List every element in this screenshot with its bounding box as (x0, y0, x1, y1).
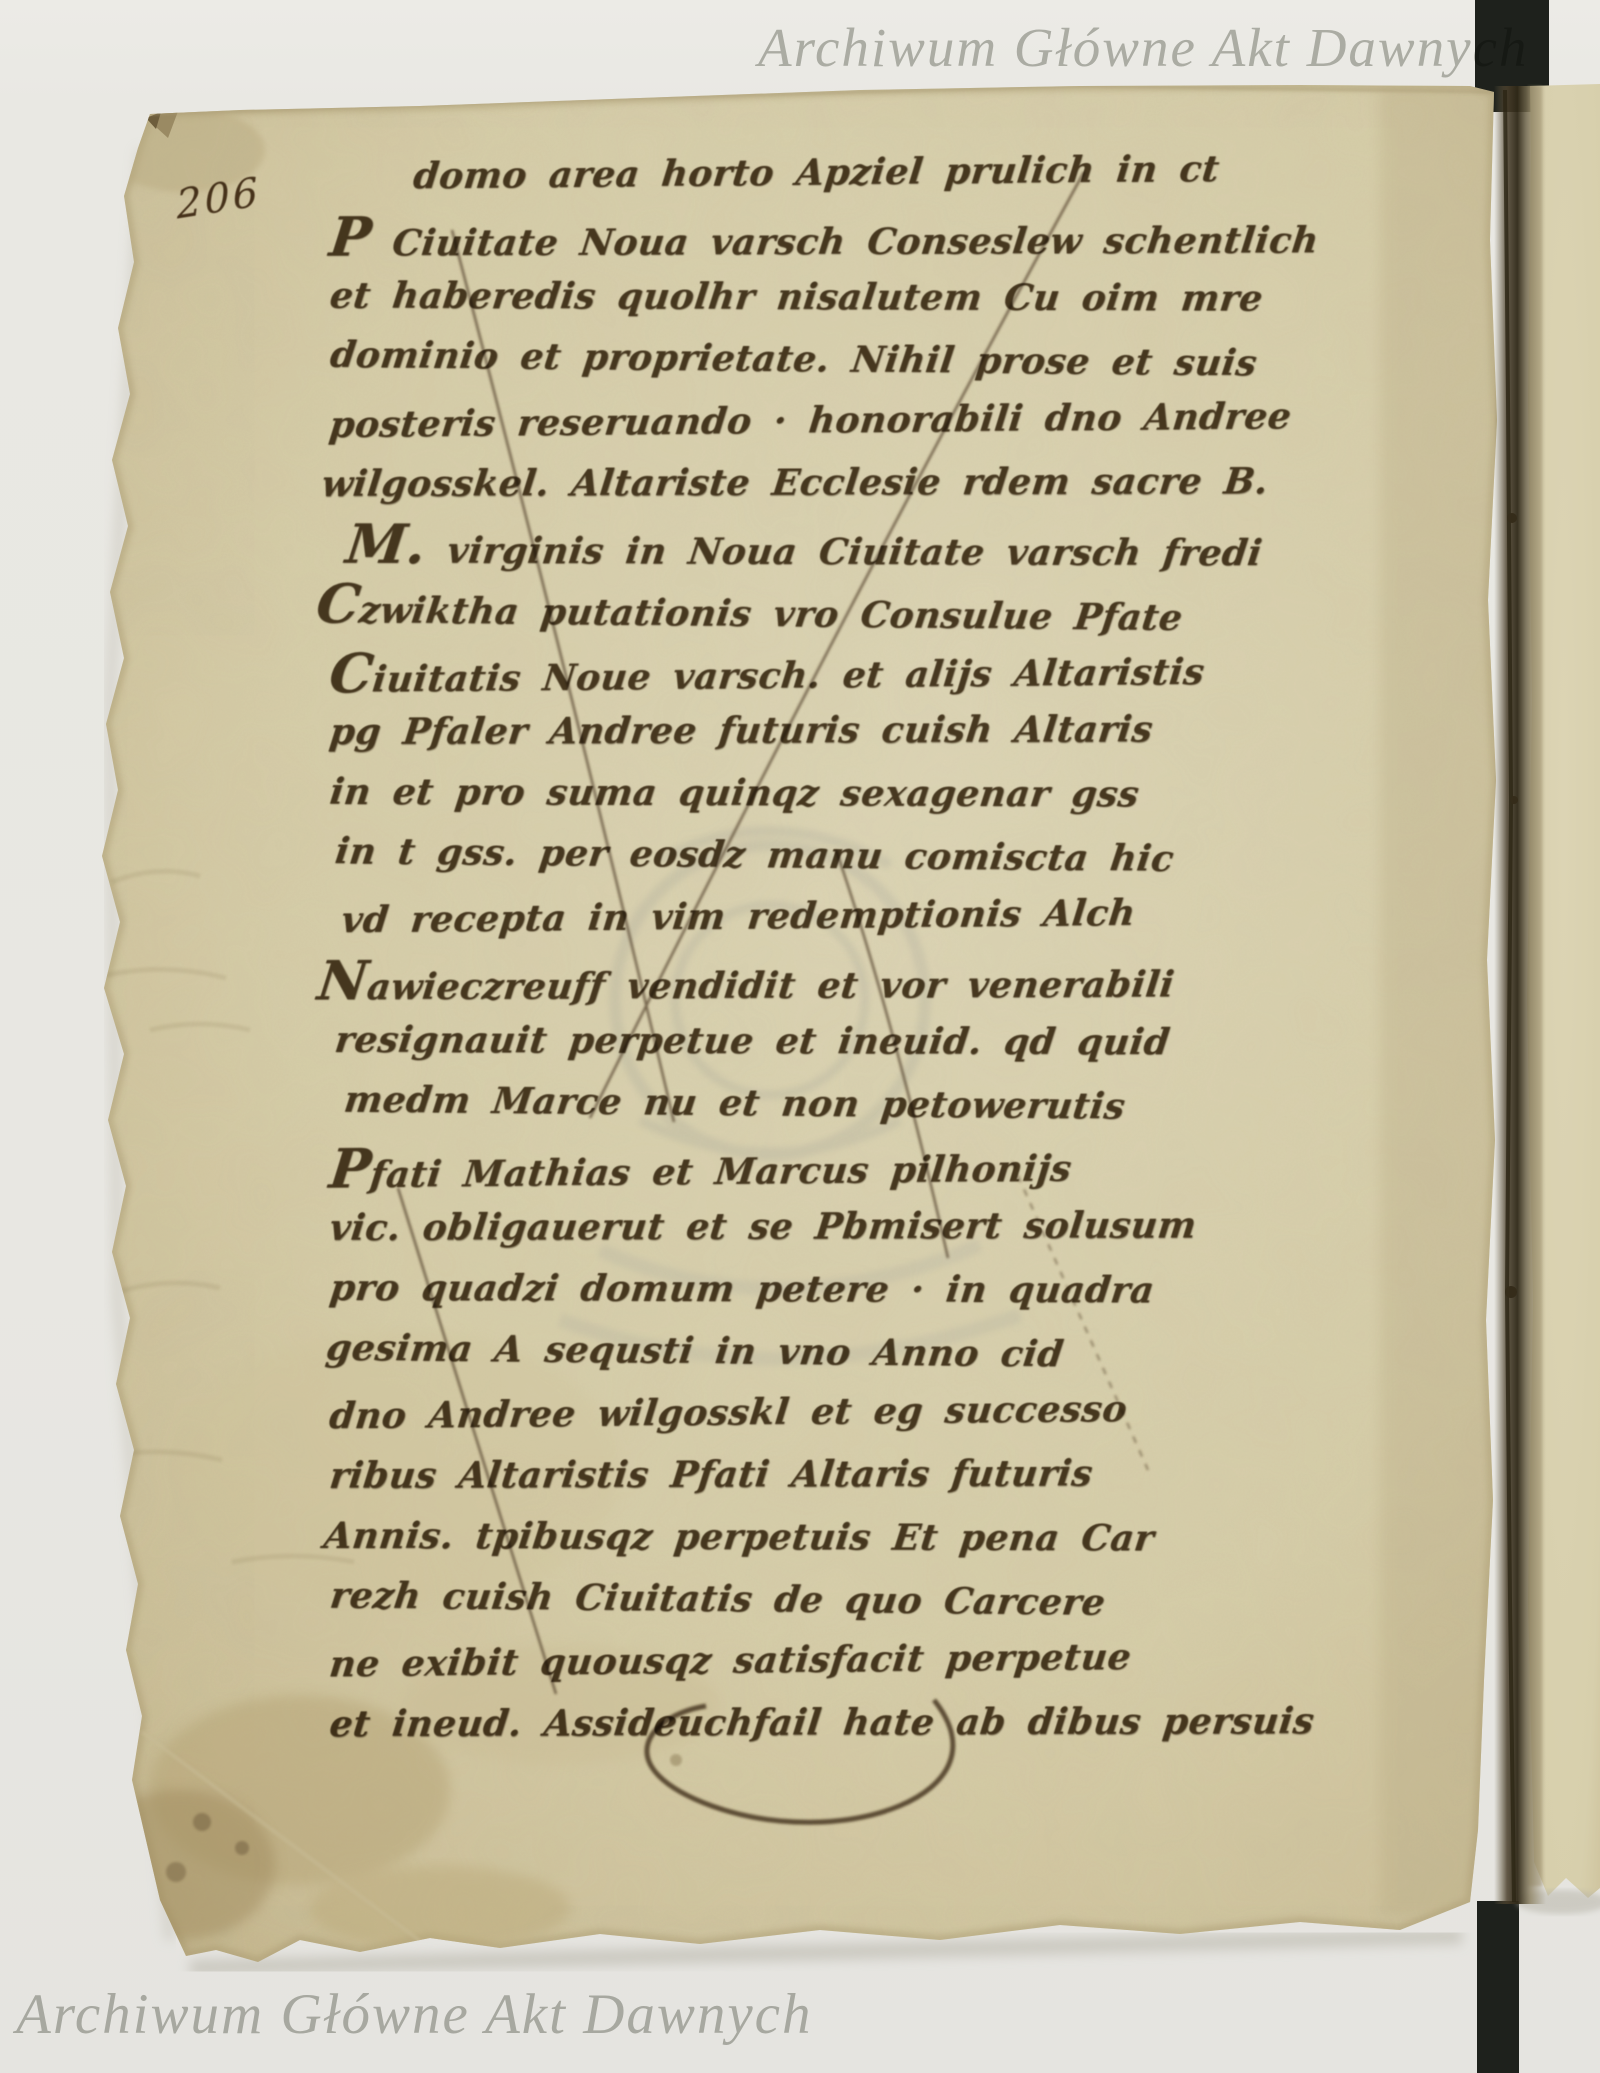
book-gutter (1494, 86, 1546, 1904)
scan-background: Archiwum Główne Akt Dawnych Archiwum Głó… (0, 0, 1600, 2073)
paper-texture (85, 80, 1510, 1980)
stitch-hole (1510, 796, 1518, 804)
stitch-hole (1507, 513, 1517, 523)
stitch-hole (1505, 1286, 1517, 1298)
manuscript-page-art (0, 0, 1600, 2073)
